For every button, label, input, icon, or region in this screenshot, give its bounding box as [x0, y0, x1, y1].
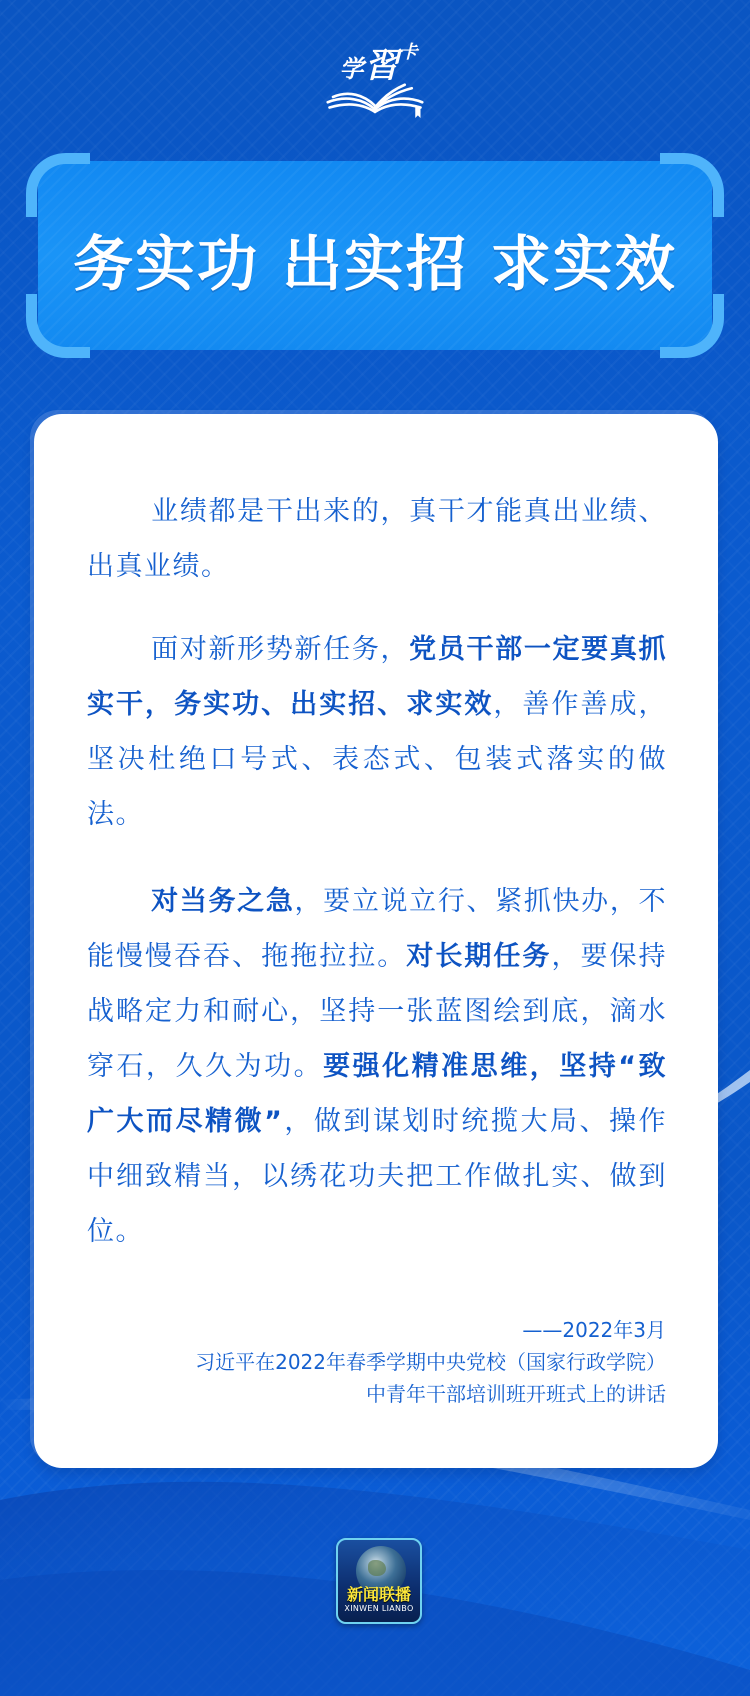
open-book-icon: [317, 83, 433, 118]
study-card-logo-text: 学習卡: [340, 38, 419, 87]
corner-bracket-top-right: [660, 153, 724, 217]
source-line-2: 中青年干部培训班开班式上的讲话: [195, 1378, 666, 1410]
paragraph-1: 业绩都是干出来的，真干才能真出业绩、出真业绩。: [87, 484, 667, 594]
source-date: ——2022年3月: [195, 1314, 666, 1346]
xinwen-lianbo-chinese-label: 新闻联播: [338, 1582, 420, 1605]
source-line-1: 习近平在2022年春季学期中央党校（国家行政学院）: [195, 1346, 666, 1378]
paragraph-3-emphasis-1: 对当务之急: [151, 886, 295, 917]
paragraph-3-emphasis-2: 对长期任务: [406, 941, 551, 972]
corner-bracket-top-left: [26, 153, 90, 217]
logo-char-xi: 習: [365, 46, 400, 86]
study-card-logo: 学習卡: [300, 38, 450, 118]
paragraph-2: 面对新形势新任务，党员干部一定要真抓实干，务实功、出实招、求实效，善作善成，坚决…: [87, 622, 667, 842]
xinwen-lianbo-logo: 新闻联播 XINWEN LIANBO: [336, 1538, 422, 1624]
corner-bracket-bottom-right: [660, 294, 724, 358]
logo-char-ka: 卡: [400, 42, 419, 63]
paragraph-2-text-1: 面对新形势新任务，: [151, 634, 409, 665]
quote-card: 业绩都是干出来的，真干才能真出业绩、出真业绩。 面对新形势新任务，党员干部一定要…: [34, 414, 718, 1468]
paragraph-3: 对当务之急，要立说立行、紧抓快办，不能慢慢吞吞、拖拖拉拉。对长期任务，要保持战略…: [87, 874, 667, 1259]
quote-source: ——2022年3月 习近平在2022年春季学期中央党校（国家行政学院） 中青年干…: [195, 1314, 666, 1410]
page-title: 务实功 出实招 求实效: [26, 217, 724, 303]
paragraph-1-text: 业绩都是干出来的，真干才能真出业绩、出真业绩。: [87, 496, 667, 582]
logo-char-xue: 学: [340, 54, 365, 83]
corner-bracket-bottom-left: [26, 294, 90, 358]
xinwen-lianbo-english-label: XINWEN LIANBO: [338, 1604, 420, 1613]
title-banner: 务实功 出实招 求实效: [26, 153, 724, 358]
